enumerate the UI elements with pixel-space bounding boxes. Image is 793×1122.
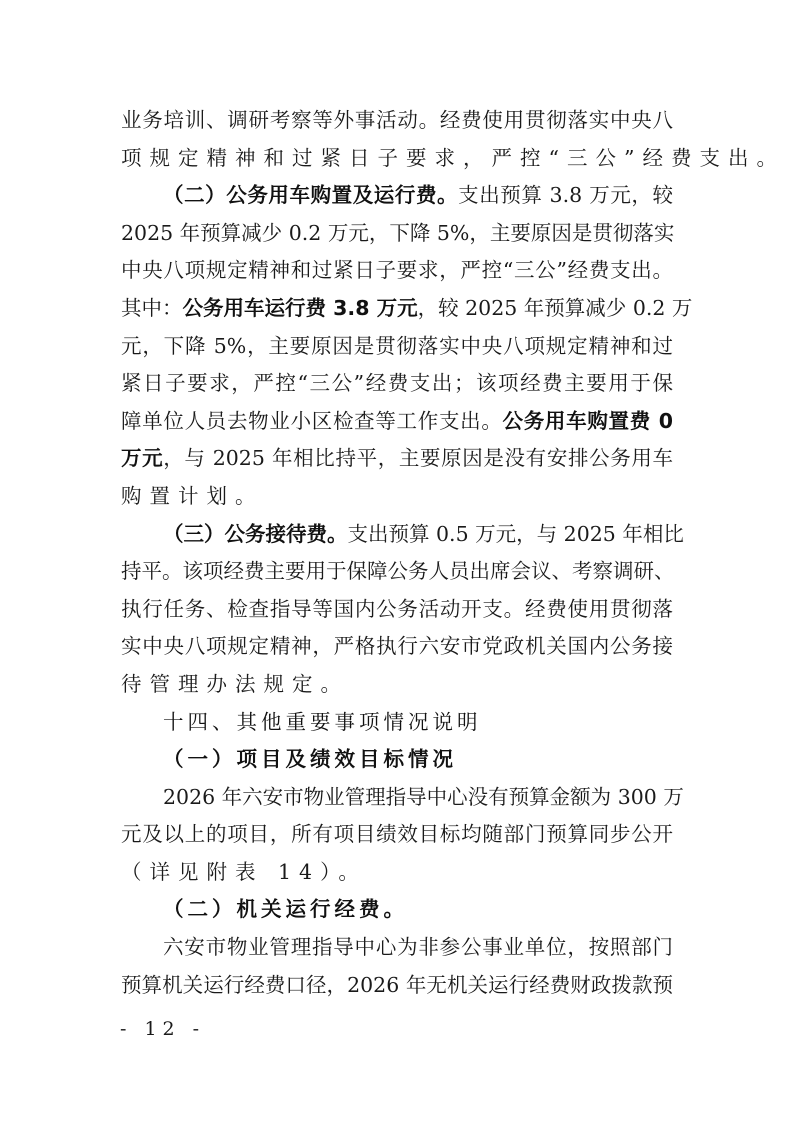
text-line: 中央八项规定精神和过紧日子要求，严控“三公”经费支出。 — [121, 252, 673, 290]
emphasis-vehicle-operation: 公务用车运行费 3.8 万元 — [183, 296, 418, 320]
heading-label: （二）公务用车购置及运行费。 — [163, 183, 458, 207]
text-line: 2025 年预算减少 0.2 万元，下降 5%，主要原因是贯彻落实 — [121, 215, 673, 253]
text-line: 预算机关运行经费口径，2026 年无机关运行经费财政拨款预 — [121, 967, 673, 1005]
text-line: 持平。该项经费主要用于保障公务人员出席会议、考察调研、 — [121, 553, 673, 591]
text-line: （详见附表 14）。 — [121, 854, 673, 892]
page-number: - 12 - — [120, 1018, 205, 1040]
emphasis-vehicle-purchase-cont: 万元 — [121, 446, 163, 470]
heading-label: （三）公务接待费。 — [163, 522, 348, 546]
text-line: 其中：公务用车运行费 3.8 万元，较 2025 年预算减少 0.2 万 — [121, 290, 673, 328]
subsection-heading-project-goals: （一）项目及绩效目标情况 — [121, 741, 673, 779]
text-line: 万元，与 2025 年相比持平，主要原因是没有安排公务用车 — [121, 440, 673, 478]
text-line: 项规定精神和过紧日子要求，严控“三公”经费支出。 — [121, 140, 673, 178]
section-heading-reception: （三）公务接待费。支出预算 0.5 万元，与 2025 年相比 — [121, 516, 673, 554]
text-line: 元，下降 5%，主要原因是贯彻落实中央八项规定精神和过 — [121, 328, 673, 366]
text-line: 购置计划。 — [121, 478, 673, 516]
subsection-heading-operating-expenses: （二）机关运行经费。 — [121, 891, 673, 929]
text-line: 元及以上的项目，所有项目绩效目标均随部门预算同步公开 — [121, 816, 673, 854]
emphasis-vehicle-purchase: 公务用车购置费 0 — [503, 409, 673, 433]
document-body: 业务培训、调研考察等外事活动。经费使用贯彻落实中央八 项规定精神和过紧日子要求，… — [121, 102, 673, 1004]
text-line: 业务培训、调研考察等外事活动。经费使用贯彻落实中央八 — [121, 102, 673, 140]
text-line: 障单位人员去物业小区检查等工作支出。公务用车购置费 0 — [121, 403, 673, 441]
text-line: 执行任务、检查指导等国内公务活动开支。经费使用贯彻落 — [121, 591, 673, 629]
section-heading-other-matters: 十四、其他重要事项情况说明 — [121, 704, 673, 742]
text-line: 待管理办法规定。 — [121, 666, 673, 704]
text-line: 实中央八项规定精神，严格执行六安市党政机关国内公务接 — [121, 628, 673, 666]
section-heading-official-vehicles: （二）公务用车购置及运行费。支出预算 3.8 万元，较 — [121, 177, 673, 215]
text-line: 紧日子要求，严控“三公”经费支出；该项经费主要用于保 — [121, 365, 673, 403]
text-line: 六安市物业管理指导中心为非参公事业单位，按照部门 — [121, 929, 673, 967]
text-line: 2026 年六安市物业管理指导中心没有预算金额为 300 万 — [121, 779, 673, 817]
